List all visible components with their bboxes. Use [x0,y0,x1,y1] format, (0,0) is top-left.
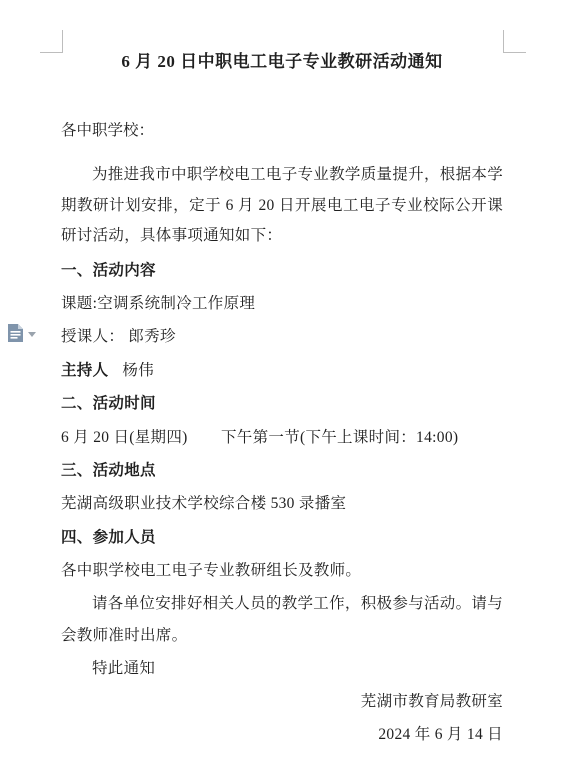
section4-heading: 四、参加人员 [61,521,503,554]
section3-heading: 三、活动地点 [61,454,503,487]
lecturer-line: 授课人： 郎秀珍 [61,320,503,353]
dropdown-caret-icon [28,332,36,337]
host-label: 主持人 [61,362,108,379]
sections: 一、活动内容 课题:空调系统制冷工作原理 授课人： 郎秀珍 主持人杨伟 二、活动… [61,254,503,752]
intro-paragraph: 为推进我市中职学校电工电子专业教学质量提升，根据本学期教研计划安排，定于 6 月… [61,160,503,252]
closing-paragraph: 请各单位安排好相关人员的教学工作，积极参与活动。请与会教师准时出席。 [61,588,503,652]
section2-heading: 二、活动时间 [61,387,503,420]
text-boundary-mark-top-right [503,30,526,53]
place-line: 芜湖高级职业技术学校综合楼 530 录播室 [61,487,503,520]
topic-line: 课题:空调系统制冷工作原理 [61,287,503,320]
host-name: 杨伟 [122,362,154,379]
document-content: 6 月 20 日中职电工电子专业教研活动通知 各中职学校： 为推进我市中职学校电… [61,0,503,752]
margin-widget[interactable] [7,323,36,343]
document-icon [7,323,24,343]
text-boundary-mark-top-left [40,30,63,53]
document-page: 6 月 20 日中职电工电子专业教研活动通知 各中职学校： 为推进我市中职学校电… [0,0,562,772]
signature-line: 芜湖市教育局教研室 [61,685,503,718]
salutation-line: 各中职学校： [61,120,503,142]
host-line: 主持人杨伟 [61,354,503,387]
time-line: 6 月 20 日(星期四) 下午第一节(下午上课时间：14:00) [61,421,503,454]
attendees-line: 各中职学校电工电子专业教研组长及教师。 [61,554,503,587]
section1-heading: 一、活动内容 [61,254,503,287]
doc-title: 6 月 20 日中职电工电子专业教研活动通知 [61,50,503,74]
date-line: 2024 年 6 月 14 日 [61,718,503,751]
closing-note: 特此通知 [61,652,503,685]
